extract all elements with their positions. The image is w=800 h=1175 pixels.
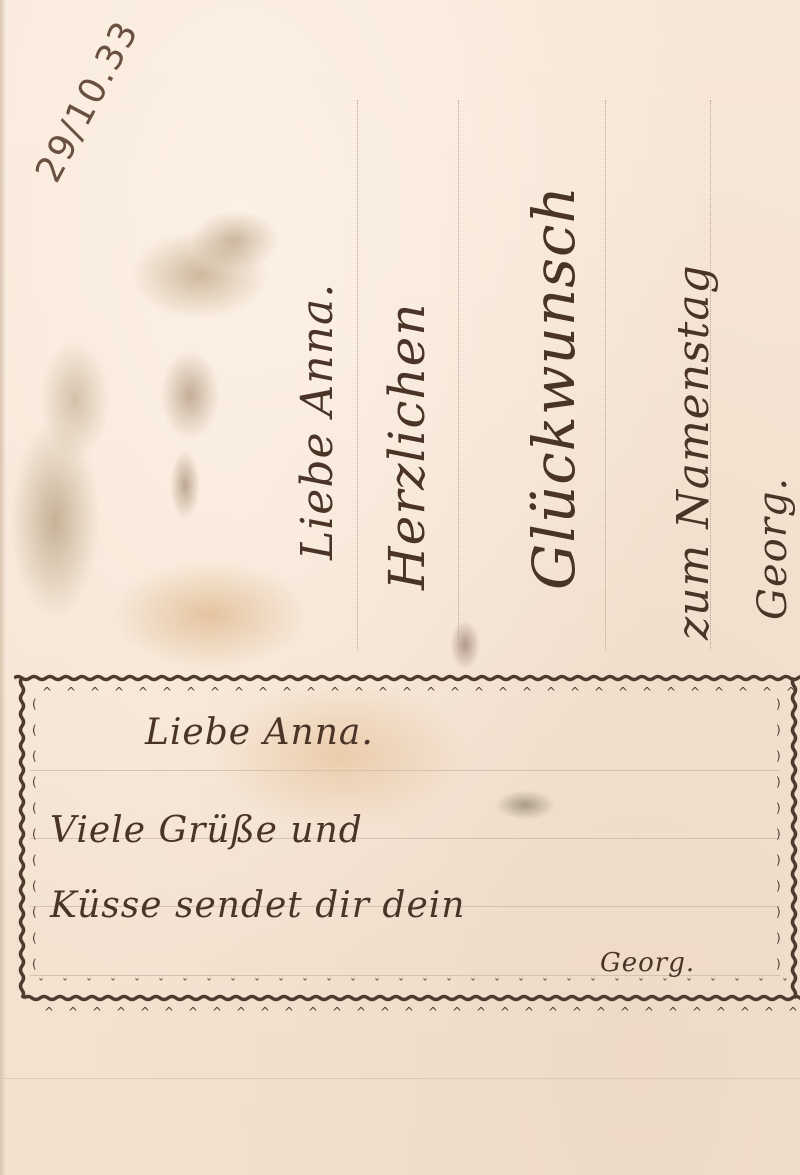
svg-text:^: ^ <box>450 685 460 699</box>
guide-line <box>458 100 459 650</box>
svg-text:(: ( <box>32 957 37 971</box>
svg-text:^: ^ <box>666 685 676 699</box>
svg-text:): ) <box>776 749 781 763</box>
svg-text:ˇ: ˇ <box>614 977 620 991</box>
svg-text:^: ^ <box>212 1005 222 1018</box>
svg-text:^: ^ <box>500 1005 510 1018</box>
svg-text:^: ^ <box>380 1005 390 1018</box>
svg-text:(: ( <box>32 879 37 893</box>
svg-text:ˇ: ˇ <box>518 977 524 991</box>
svg-text:^: ^ <box>330 685 340 699</box>
vertical-line-1: Liebe Anna. <box>292 283 343 560</box>
svg-text:ˇ: ˇ <box>442 668 448 673</box>
svg-text:^: ^ <box>308 1005 318 1018</box>
paper-edge-shadow <box>0 0 6 1175</box>
svg-text:(: ( <box>32 905 37 919</box>
svg-text:ˇ: ˇ <box>86 977 92 991</box>
svg-text:^: ^ <box>596 1005 606 1018</box>
svg-text:ˇ: ˇ <box>446 977 452 991</box>
svg-text:ˇ: ˇ <box>610 668 616 673</box>
svg-text:^: ^ <box>90 685 100 699</box>
svg-text:ˇ: ˇ <box>490 668 496 673</box>
svg-text:ˇ: ˇ <box>202 668 208 673</box>
svg-text:ˇ: ˇ <box>322 668 328 673</box>
svg-text:ˇ: ˇ <box>562 668 568 673</box>
svg-text:ˇ: ˇ <box>350 977 356 991</box>
svg-text:^: ^ <box>378 685 388 699</box>
svg-text:^: ^ <box>522 685 532 699</box>
svg-text:): ) <box>776 801 781 815</box>
svg-text:): ) <box>776 931 781 945</box>
svg-text:ˇ: ˇ <box>346 668 352 673</box>
svg-text:^: ^ <box>642 685 652 699</box>
svg-text:^: ^ <box>668 1005 678 1018</box>
svg-text:ˇ: ˇ <box>298 668 304 673</box>
svg-text:^: ^ <box>594 685 604 699</box>
svg-text:ˇ: ˇ <box>250 668 256 673</box>
svg-text:ˇ: ˇ <box>182 977 188 991</box>
svg-text:^: ^ <box>236 1005 246 1018</box>
svg-text:^: ^ <box>426 685 436 699</box>
svg-text:ˇ: ˇ <box>206 977 212 991</box>
svg-text:^: ^ <box>234 685 244 699</box>
svg-text:ˇ: ˇ <box>58 668 64 673</box>
svg-text:): ) <box>776 697 781 711</box>
svg-text:^: ^ <box>356 1005 366 1018</box>
svg-text:^: ^ <box>404 1005 414 1018</box>
svg-text:ˇ: ˇ <box>230 977 236 991</box>
svg-text:^: ^ <box>258 685 268 699</box>
svg-text:^: ^ <box>452 1005 462 1018</box>
svg-text:^: ^ <box>716 1005 726 1018</box>
svg-text:ˇ: ˇ <box>586 668 592 673</box>
svg-text:^: ^ <box>428 1005 438 1018</box>
svg-text:ˇ: ˇ <box>514 668 520 673</box>
svg-text:): ) <box>776 775 781 789</box>
box-line-3: Küsse sendet dir dein <box>50 885 465 926</box>
svg-text:): ) <box>776 905 781 919</box>
svg-text:^: ^ <box>332 1005 342 1018</box>
svg-text:^: ^ <box>620 1005 630 1018</box>
svg-text:(: ( <box>32 697 37 711</box>
svg-text:^: ^ <box>44 1005 54 1018</box>
svg-text:^: ^ <box>786 685 796 699</box>
svg-text:^: ^ <box>570 685 580 699</box>
box-line-2: Viele Grüße und <box>50 810 363 851</box>
svg-text:^: ^ <box>162 685 172 699</box>
svg-text:ˇ: ˇ <box>686 977 692 991</box>
svg-text:^: ^ <box>546 685 556 699</box>
svg-text:ˇ: ˇ <box>278 977 284 991</box>
svg-text:^: ^ <box>284 1005 294 1018</box>
svg-text:): ) <box>776 879 781 893</box>
svg-text:ˇ: ˇ <box>398 977 404 991</box>
svg-text:(: ( <box>32 775 37 789</box>
svg-text:^: ^ <box>210 685 220 699</box>
svg-text:ˇ: ˇ <box>778 668 784 673</box>
svg-text:ˇ: ˇ <box>110 977 116 991</box>
box-signature: Georg. <box>600 948 695 978</box>
vertical-line-3: Glückwunsch <box>520 185 588 590</box>
svg-text:^: ^ <box>498 685 508 699</box>
svg-text:ˇ: ˇ <box>326 977 332 991</box>
svg-text:ˇ: ˇ <box>734 977 740 991</box>
svg-text:ˇ: ˇ <box>134 977 140 991</box>
svg-text:ˇ: ˇ <box>542 977 548 991</box>
svg-text:ˇ: ˇ <box>62 977 68 991</box>
svg-text:^: ^ <box>116 1005 126 1018</box>
svg-text:ˇ: ˇ <box>106 668 112 673</box>
vertical-line-4: zum Namenstag <box>668 264 719 640</box>
svg-text:ˇ: ˇ <box>130 668 136 673</box>
box-salutation: Liebe Anna. <box>145 712 374 753</box>
svg-text:ˇ: ˇ <box>662 977 668 991</box>
svg-text:ˇ: ˇ <box>710 977 716 991</box>
svg-text:ˇ: ˇ <box>754 668 760 673</box>
svg-text:ˇ: ˇ <box>634 668 640 673</box>
svg-text:^: ^ <box>140 1005 150 1018</box>
svg-text:^: ^ <box>66 685 76 699</box>
svg-text:^: ^ <box>572 1005 582 1018</box>
svg-text:ˇ: ˇ <box>226 668 232 673</box>
svg-text:ˇ: ˇ <box>758 977 764 991</box>
svg-text:ˇ: ˇ <box>494 977 500 991</box>
svg-text:^: ^ <box>402 685 412 699</box>
svg-text:ˇ: ˇ <box>466 668 472 673</box>
svg-text:^: ^ <box>692 1005 702 1018</box>
svg-text:): ) <box>776 723 781 737</box>
ruled-line <box>0 1078 800 1079</box>
svg-text:ˇ: ˇ <box>682 668 688 673</box>
svg-text:^: ^ <box>354 685 364 699</box>
svg-text:^: ^ <box>164 1005 174 1018</box>
svg-text:ˇ: ˇ <box>538 668 544 673</box>
svg-text:^: ^ <box>306 685 316 699</box>
svg-text:ˇ: ˇ <box>590 977 596 991</box>
svg-text:ˇ: ˇ <box>302 977 308 991</box>
svg-text:^: ^ <box>788 1005 798 1018</box>
svg-text:ˇ: ˇ <box>566 977 572 991</box>
svg-text:ˇ: ˇ <box>158 977 164 991</box>
svg-text:ˇ: ˇ <box>730 668 736 673</box>
svg-text:ˇ: ˇ <box>34 668 40 673</box>
svg-text:^: ^ <box>524 1005 534 1018</box>
svg-text:^: ^ <box>714 685 724 699</box>
svg-text:ˇ: ˇ <box>82 668 88 673</box>
svg-text:^: ^ <box>68 1005 78 1018</box>
svg-text:(: ( <box>32 749 37 763</box>
svg-text:ˇ: ˇ <box>254 977 260 991</box>
svg-text:^: ^ <box>548 1005 558 1018</box>
svg-text:^: ^ <box>738 685 748 699</box>
svg-text:ˇ: ˇ <box>470 977 476 991</box>
svg-text:^: ^ <box>476 1005 486 1018</box>
svg-text:^: ^ <box>764 1005 774 1018</box>
svg-text:^: ^ <box>762 685 772 699</box>
svg-text:): ) <box>776 957 781 971</box>
svg-text:^: ^ <box>92 1005 102 1018</box>
svg-text:(: ( <box>32 723 37 737</box>
svg-text:^: ^ <box>644 1005 654 1018</box>
svg-text:ˇ: ˇ <box>658 668 664 673</box>
svg-text:ˇ: ˇ <box>178 668 184 673</box>
svg-text:^: ^ <box>186 685 196 699</box>
svg-text:ˇ: ˇ <box>418 668 424 673</box>
svg-text:ˇ: ˇ <box>38 977 44 991</box>
svg-text:^: ^ <box>42 685 52 699</box>
svg-text:(: ( <box>32 853 37 867</box>
guide-line <box>357 100 358 650</box>
svg-text:ˇ: ˇ <box>422 977 428 991</box>
svg-text:ˇ: ˇ <box>394 668 400 673</box>
svg-text:^: ^ <box>188 1005 198 1018</box>
vertical-line-2: Herzlichen <box>378 303 436 590</box>
svg-text:ˇ: ˇ <box>374 977 380 991</box>
svg-text:): ) <box>776 827 781 841</box>
svg-text:^: ^ <box>138 685 148 699</box>
vertical-line-5: Georg. <box>750 477 796 620</box>
svg-text:ˇ: ˇ <box>638 977 644 991</box>
svg-text:^: ^ <box>618 685 628 699</box>
svg-text:(: ( <box>32 931 37 945</box>
svg-text:(: ( <box>32 827 37 841</box>
guide-line <box>605 100 606 650</box>
svg-text:ˇ: ˇ <box>706 668 712 673</box>
svg-text:^: ^ <box>114 685 124 699</box>
svg-text:(: ( <box>32 801 37 815</box>
svg-text:^: ^ <box>690 685 700 699</box>
svg-text:^: ^ <box>282 685 292 699</box>
svg-text:ˇ: ˇ <box>274 668 280 673</box>
svg-text:ˇ: ˇ <box>782 977 788 991</box>
svg-text:): ) <box>776 853 781 867</box>
svg-text:ˇ: ˇ <box>154 668 160 673</box>
svg-text:ˇ: ˇ <box>370 668 376 673</box>
svg-text:^: ^ <box>474 685 484 699</box>
svg-text:^: ^ <box>740 1005 750 1018</box>
svg-text:^: ^ <box>260 1005 270 1018</box>
